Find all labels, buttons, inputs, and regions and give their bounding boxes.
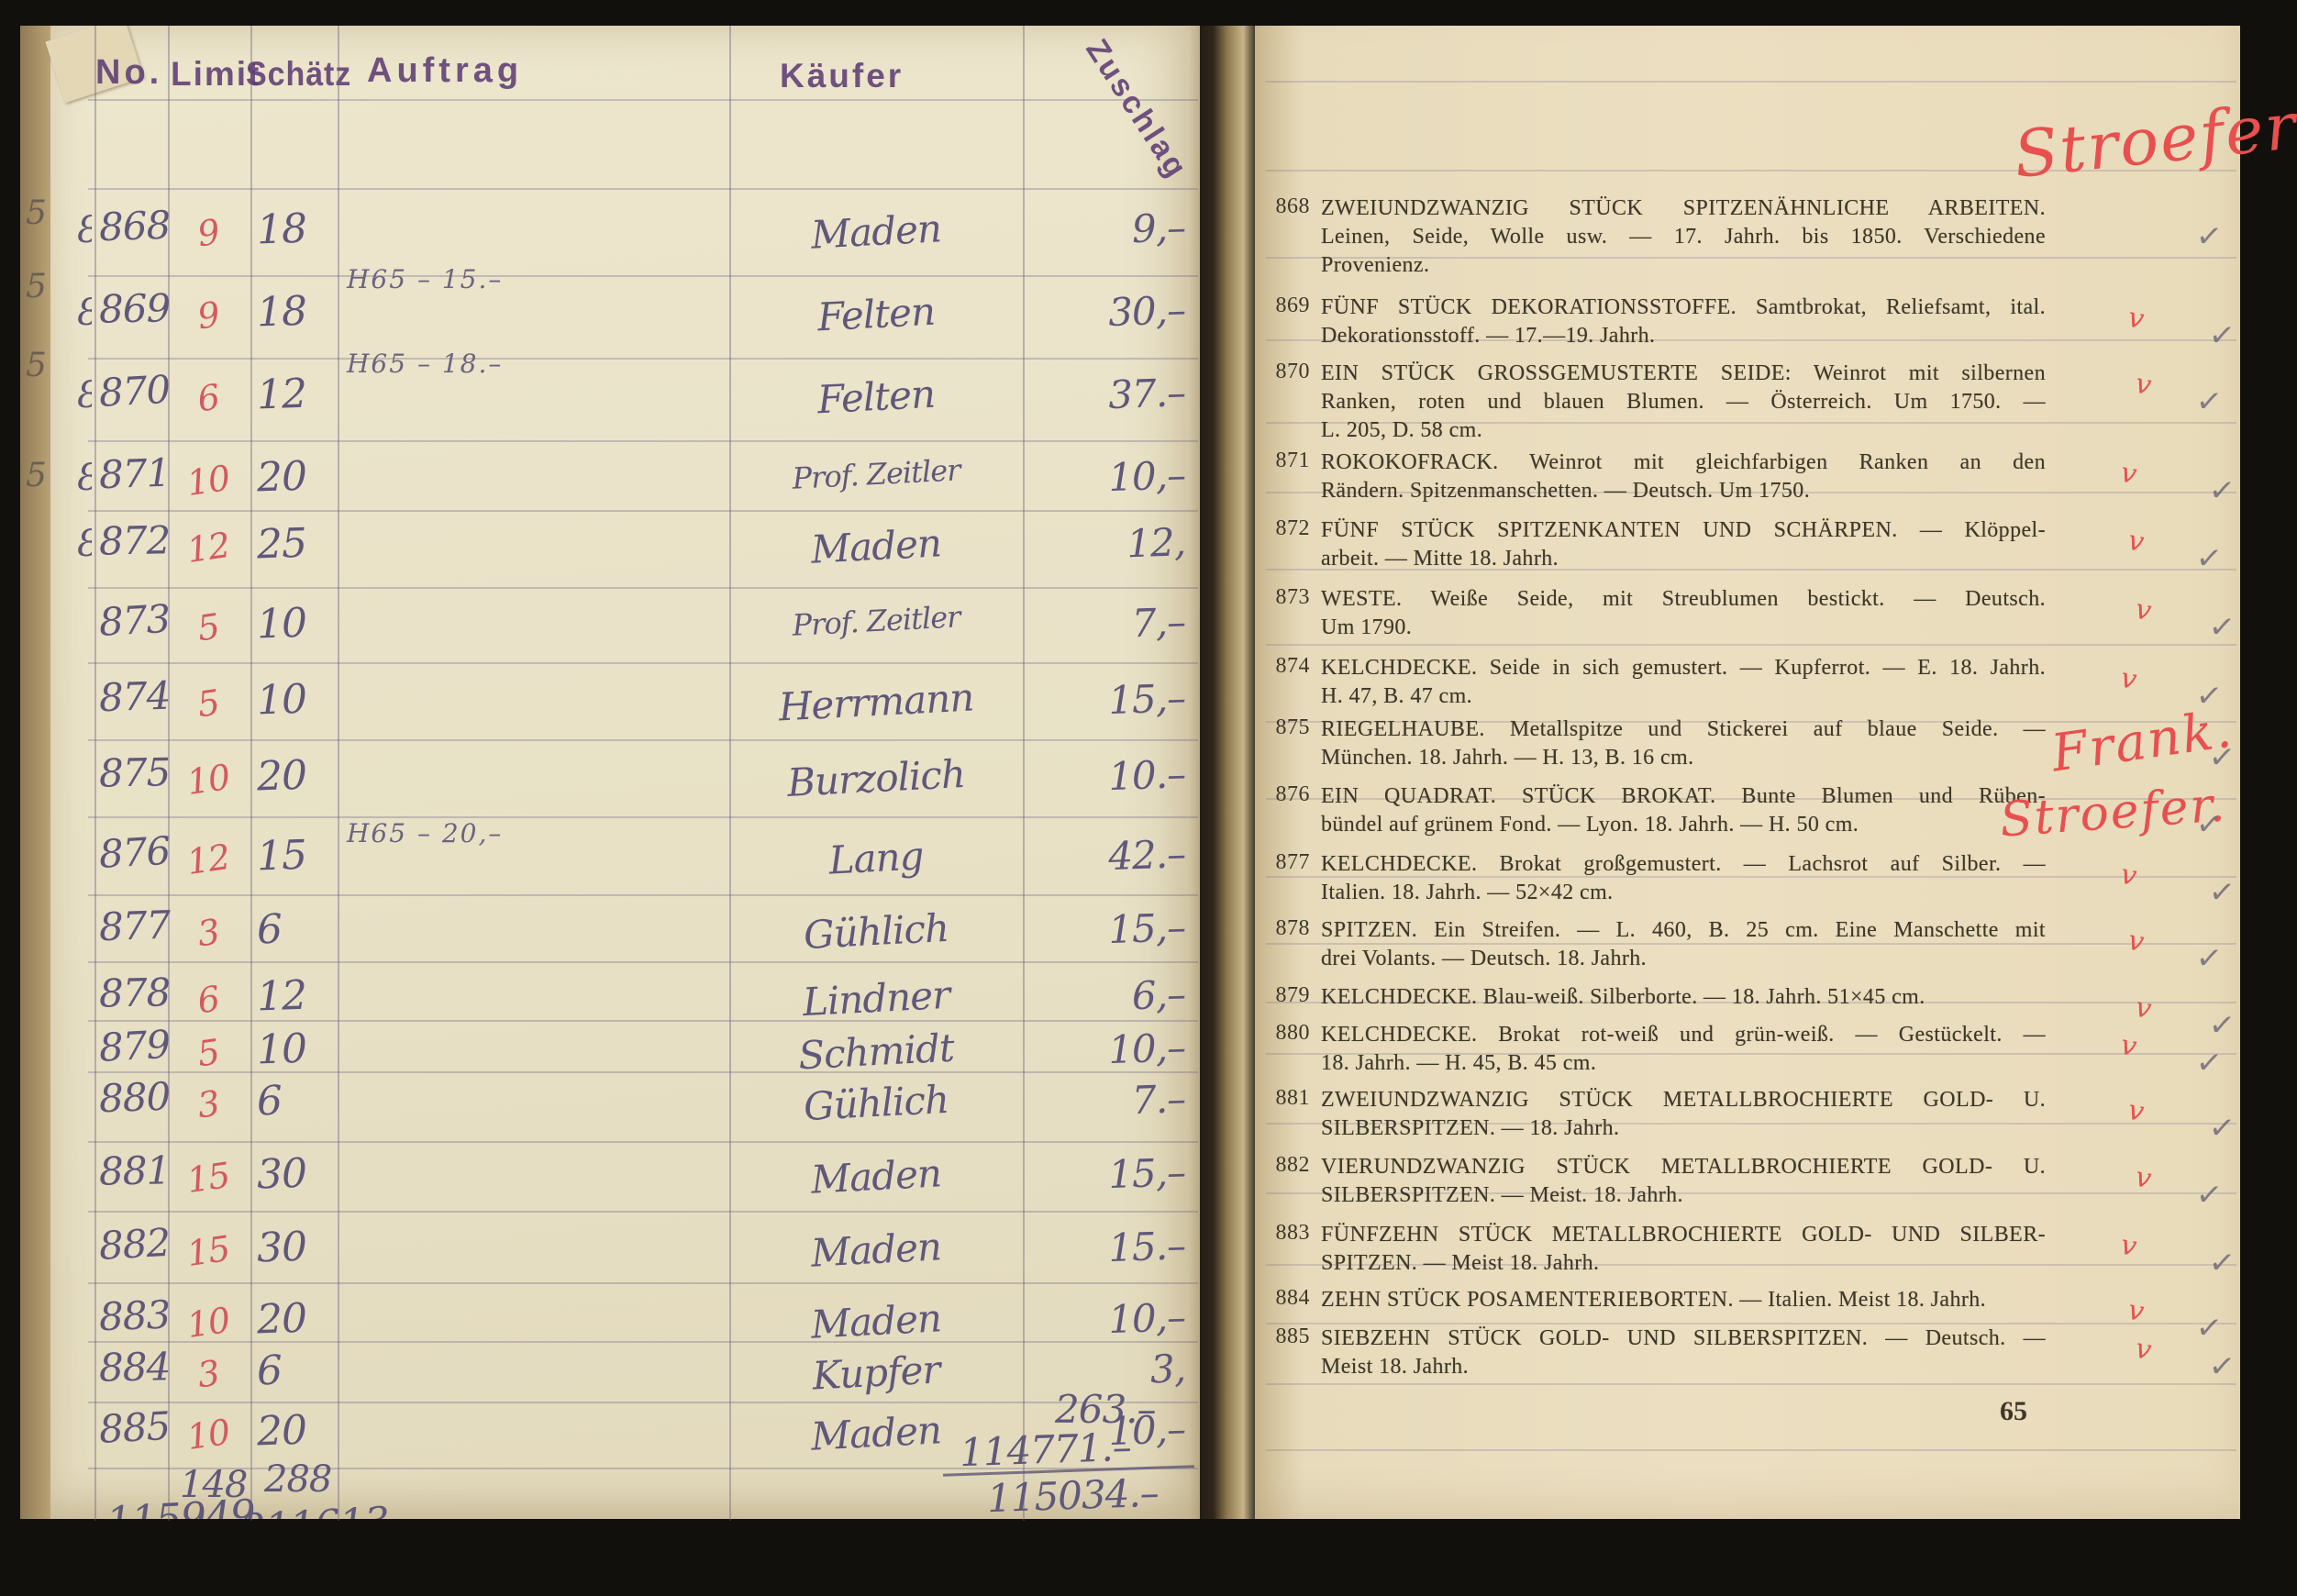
ledger-cell-auftrag: H65 – 18.– bbox=[347, 349, 503, 379]
lot-description: SIEBZEHN STÜCK GOLD- UND SILBERSPITZEN. … bbox=[1321, 1324, 2046, 1381]
ledger-cell-schaetz: 25 bbox=[256, 518, 340, 568]
lot-description-line: SPITZEN. — Meist 18. Jahrh. bbox=[1321, 1249, 2046, 1278]
ledger-cell-schaetz: 10 bbox=[256, 674, 340, 724]
margin-checkmark: ✓ bbox=[2194, 939, 2225, 979]
margin-checkmark: ✓ bbox=[2194, 539, 2225, 579]
cover-edge-right bbox=[2240, 0, 2297, 1596]
page-edge-digit: 5 bbox=[26, 194, 46, 232]
stacked-page-edges-outer bbox=[20, 26, 51, 1521]
ledger-cell-no: 884 bbox=[99, 1344, 166, 1390]
lot-description-line: Dekorationsstoff. — 17.—19. Jahrh. bbox=[1321, 322, 2046, 350]
ledger-cell-auftrag: H65 – 15.– bbox=[347, 264, 503, 294]
ledger-cell-schaetz: 6 bbox=[256, 1345, 340, 1394]
ledger-cell-zuschlag: 30,– bbox=[1036, 287, 1186, 338]
lot-description-line: SPITZEN. Ein Streifen. — L. 460, B. 25 c… bbox=[1321, 916, 2046, 945]
lot-description-line: SIEBZEHN STÜCK GOLD- UND SILBERSPITZEN. … bbox=[1321, 1324, 2046, 1353]
ledger-cell-no: 869 bbox=[99, 285, 166, 331]
ledger-rule-line bbox=[88, 816, 1198, 818]
lot-number: 873 bbox=[1262, 585, 1310, 610]
lot-number: 884 bbox=[1262, 1286, 1310, 1311]
ledger-cell-schaetz: 20 bbox=[256, 1293, 340, 1343]
clipped-lot-digit-glyph: 8 bbox=[77, 457, 92, 499]
ledger-rule-line bbox=[88, 1020, 1198, 1022]
ledger-rule-line bbox=[88, 662, 1198, 664]
ledger-rule-line bbox=[88, 1211, 1198, 1213]
ledger-rule-line bbox=[88, 440, 1198, 442]
clipped-lot-digit: 8 bbox=[77, 209, 92, 257]
ledger-rule-line bbox=[88, 510, 1198, 512]
lot-number: 875 bbox=[1262, 715, 1310, 740]
ledger-cell-auftrag: H65 – 20,– bbox=[347, 818, 503, 848]
lot-description: KELCHDECKE. Seide in sich gemustert. — K… bbox=[1321, 654, 2046, 711]
catalog-entry: 879KELCHDECKE. Blau-weiß. Silberborte. —… bbox=[1262, 983, 2038, 1012]
ledger-cell-no: 878 bbox=[99, 970, 166, 1015]
catalog-entry: 882VIERUNDZWANZIG STÜCK METALLBROCHIERTE… bbox=[1262, 1153, 2038, 1210]
ledger-cell-schaetz: 15 bbox=[256, 830, 340, 880]
ledger-cell-zuschlag: 15.– bbox=[1036, 1223, 1186, 1273]
ledger-column-line bbox=[250, 26, 252, 1521]
catalog-entry: 873WESTE. Weiße Seide, mit Streublumen b… bbox=[1262, 585, 2038, 642]
lot-number: 882 bbox=[1262, 1153, 1310, 1178]
catalog-entry: 871ROKOKOFRACK. Weinrot mit gleichfarbig… bbox=[1262, 449, 2038, 505]
lot-number: 877 bbox=[1262, 850, 1310, 875]
lot-description-line: KELCHDECKE. Seide in sich gemustert. — K… bbox=[1321, 654, 2046, 682]
header-auftrag: Auftrag bbox=[367, 51, 523, 91]
lot-number: 871 bbox=[1262, 449, 1310, 473]
lot-description-line: ZEHN STÜCK POSAMENTERIEBORTEN. — Italien… bbox=[1321, 1286, 2046, 1314]
lot-description: EIN STÜCK GROSSGEMUSTERTE SEIDE: Weinrot… bbox=[1321, 360, 2046, 445]
page-number: 65 bbox=[1926, 1396, 2027, 1427]
page-edge-digit: 5 bbox=[26, 268, 46, 305]
cover-edge-top bbox=[0, 0, 2297, 26]
clipped-lot-digit-glyph: 8 bbox=[77, 292, 92, 334]
header-schaetz: Schätz bbox=[246, 55, 351, 94]
lot-description-line: FÜNFZEHN STÜCK METALLBROCHIERTE GOLD- UN… bbox=[1321, 1221, 2046, 1249]
lot-description-line: drei Volants. — Deutsch. 18. Jahrh. bbox=[1321, 945, 2046, 973]
lot-description-line: arbeit. — Mitte 18. Jahrh. bbox=[1321, 545, 2046, 573]
lot-description-line: KELCHDECKE. Brokat rot-weiß und grün-wei… bbox=[1321, 1021, 2046, 1049]
ledger-rule-line bbox=[88, 961, 1198, 963]
lot-number: 879 bbox=[1262, 983, 1310, 1008]
ledger-cell-zuschlag: 10,– bbox=[1036, 1025, 1186, 1075]
ledger-cell-zuschlag: 6,– bbox=[1036, 971, 1186, 1022]
ledger-cell-schaetz: 18 bbox=[256, 286, 340, 336]
catalog-entry: 883FÜNFZEHN STÜCK METALLBROCHIERTE GOLD-… bbox=[1262, 1221, 2038, 1278]
lot-description-line: 18. Jahrh. — H. 45, B. 45 cm. bbox=[1321, 1049, 2046, 1078]
ledger-cell-schaetz: 20 bbox=[256, 1405, 340, 1455]
margin-checkmark: ✓ bbox=[2207, 1006, 2237, 1046]
clipped-lot-digit: 8 bbox=[77, 457, 92, 504]
catalog-entry: 884ZEHN STÜCK POSAMENTERIEBORTEN. — Ital… bbox=[1262, 1286, 2038, 1314]
margin-checkmark: ✓ bbox=[2207, 608, 2237, 648]
ledger-cell-zuschlag: 12, bbox=[1036, 519, 1186, 570]
lot-description-line: ZWEIUNDZWANZIG STÜCK METALLBROCHIERTE GO… bbox=[1321, 1086, 2046, 1114]
ledger-cell-no: 873 bbox=[98, 596, 166, 645]
lot-description: ZWEIUNDZWANZIG STÜCK SPITZENÄHNLICHE ARB… bbox=[1321, 194, 2046, 280]
margin-checkmark: ✓ bbox=[2194, 1044, 2225, 1083]
margin-checkmark: ✓ bbox=[2207, 316, 2237, 356]
ledger-cell-schaetz: 10 bbox=[256, 598, 340, 648]
ledger-cell-zuschlag: 10,– bbox=[1036, 452, 1186, 503]
lot-number: 881 bbox=[1262, 1086, 1310, 1111]
catalog-entry: 868ZWEIUNDZWANZIG STÜCK SPITZENÄHNLICHE … bbox=[1262, 194, 2038, 280]
ledger-cell-schaetz: 18 bbox=[256, 204, 340, 253]
lot-description-line: FÜNF STÜCK SPITZENKANTEN UND SCHÄRPEN. —… bbox=[1321, 516, 2046, 545]
lot-description-line: Leinen, Seide, Wolle usw. — 17. Jahrh. b… bbox=[1321, 223, 2046, 251]
ledger-cell-schaetz: 20 bbox=[256, 451, 340, 501]
lot-description-line: Ranken, roten und blauen Blumen. — Öster… bbox=[1321, 388, 2046, 416]
lot-description-line: Meist 18. Jahrh. bbox=[1321, 1353, 2046, 1381]
lot-number: 874 bbox=[1262, 654, 1310, 679]
ledger-column-line bbox=[729, 26, 731, 1521]
lot-number: 869 bbox=[1262, 294, 1310, 318]
ledger-cell-zuschlag: 9,– bbox=[1036, 205, 1186, 255]
ledger-cell-schaetz: 6 bbox=[256, 903, 340, 953]
ledger-rule-line bbox=[88, 1141, 1198, 1143]
ledger-rule-line bbox=[88, 99, 1198, 101]
ledger-column-line bbox=[1023, 26, 1025, 1521]
margin-checkmark: ✓ bbox=[2207, 1244, 2237, 1283]
ledger-rule-line bbox=[88, 1282, 1198, 1284]
clipped-lot-digit-glyph: 8 bbox=[77, 209, 92, 251]
ledger-cell-no: 881 bbox=[99, 1147, 166, 1193]
ledger-cell-schaetz: 12 bbox=[256, 970, 340, 1020]
ledger-cell-zuschlag: 15,– bbox=[1036, 675, 1186, 726]
book-scan: No. Limit Schätz Auftrag Käufer Zuschlag… bbox=[0, 0, 2297, 1596]
margin-checkmark: ✓ bbox=[2207, 873, 2237, 913]
lot-description: VIERUNDZWANZIG STÜCK METALLBROCHIERTE GO… bbox=[1321, 1153, 2046, 1210]
lot-number: 876 bbox=[1262, 782, 1310, 807]
margin-checkmark: ✓ bbox=[2207, 471, 2237, 511]
lot-number: 878 bbox=[1262, 916, 1310, 941]
ledger-cell-no: 874 bbox=[98, 673, 166, 720]
catalog-rule-line bbox=[1266, 81, 2236, 83]
ledger-rule-line bbox=[88, 1402, 1198, 1403]
lot-description: KELCHDECKE. Blau-weiß. Silberborte. — 18… bbox=[1321, 983, 2046, 1012]
ledger-rule-line bbox=[88, 358, 1198, 360]
ledger-rule-line bbox=[88, 275, 1198, 277]
lot-description-line: FÜNF STÜCK DEKORATIONSSTOFFE. Samtbrokat… bbox=[1321, 294, 2046, 322]
book-binding bbox=[1189, 26, 1259, 1521]
ledger-cell-schaetz: 10 bbox=[256, 1024, 340, 1073]
total-zuschlag-final: 115034.– bbox=[986, 1470, 1159, 1521]
ledger-cell-schaetz: 6 bbox=[256, 1075, 340, 1125]
total-schaetz-sub: 288 bbox=[264, 1458, 331, 1501]
lot-description-line: SILBERSPITZEN. — Meist. 18. Jahrh. bbox=[1321, 1181, 2046, 1210]
margin-checkmark: ✓ bbox=[2194, 382, 2225, 422]
margin-checkmark: ✓ bbox=[2194, 1309, 2225, 1348]
ledger-cell-schaetz: 30 bbox=[256, 1148, 340, 1198]
ledger-cell-zuschlag: 3, bbox=[1036, 1346, 1186, 1396]
lot-description: ZWEIUNDZWANZIG STÜCK METALLBROCHIERTE GO… bbox=[1321, 1086, 2046, 1143]
catalog-entry: 881ZWEIUNDZWANZIG STÜCK METALLBROCHIERTE… bbox=[1262, 1086, 2038, 1143]
ledger-cell-zuschlag: 42.– bbox=[1036, 831, 1186, 881]
lot-description-line: SILBERSPITZEN. — 18. Jahrh. bbox=[1321, 1114, 2046, 1143]
lot-description: EIN QUADRAT. STÜCK BROKAT. Bunte Blumen … bbox=[1321, 782, 2046, 839]
lot-description: FÜNF STÜCK DEKORATIONSSTOFFE. Samtbrokat… bbox=[1321, 294, 2046, 350]
lot-description-line: EIN STÜCK GROSSGEMUSTERTE SEIDE: Weinrot… bbox=[1321, 360, 2046, 388]
margin-checkmark: ✓ bbox=[2194, 217, 2225, 257]
ledger-cell-zuschlag: 37.– bbox=[1036, 370, 1186, 420]
lot-description: SPITZEN. Ein Streifen. — L. 460, B. 25 c… bbox=[1321, 916, 2046, 973]
clipped-lot-digit-glyph: 8 bbox=[77, 523, 92, 565]
ledger-cell-schaetz: 30 bbox=[256, 1222, 340, 1271]
ledger-cell-no: 879 bbox=[98, 1022, 166, 1070]
ledger-rule-line bbox=[88, 587, 1198, 589]
lot-description-line: München. 18. Jahrh. — H. 13, B. 16 cm. bbox=[1321, 744, 2046, 772]
ledger-cell-no: 880 bbox=[98, 1074, 166, 1121]
lot-description-line: WESTE. Weiße Seide, mit Streublumen best… bbox=[1321, 585, 2046, 614]
lot-description-line: RIEGELHAUBE. Metallspitze und Stickerei … bbox=[1321, 715, 2046, 744]
cover-edge-left bbox=[0, 0, 20, 1596]
lot-description-line: ZWEIUNDZWANZIG STÜCK SPITZENÄHNLICHE ARB… bbox=[1321, 194, 2046, 223]
lot-description-line: Provenienz. bbox=[1321, 251, 2046, 280]
ledger-cell-no: 876 bbox=[98, 828, 166, 877]
ledger-cell-no: 868 bbox=[98, 203, 166, 249]
catalog-rule-line bbox=[1266, 1383, 2236, 1385]
ledger-cell-no: 872 bbox=[99, 517, 166, 563]
ledger-cell-no: 870 bbox=[98, 367, 166, 416]
lot-description: ZEHN STÜCK POSAMENTERIEBORTEN. — Italien… bbox=[1321, 1286, 2046, 1314]
margin-checkmark: ✓ bbox=[2207, 1109, 2237, 1148]
lot-number: 885 bbox=[1262, 1324, 1310, 1349]
lot-description-line: L. 205, D. 58 cm. bbox=[1321, 416, 2046, 445]
margin-checkmark: ✓ bbox=[2194, 1176, 2225, 1215]
clipped-lot-digit-glyph: 8 bbox=[77, 374, 92, 416]
ledger-cell-zuschlag: 10,– bbox=[1036, 1406, 1186, 1457]
lot-description: KELCHDECKE. Brokat großgemustert. — Lach… bbox=[1321, 850, 2046, 907]
ledger-cell-schaetz: 20 bbox=[256, 750, 340, 800]
margin-checkmark: ✓ bbox=[2207, 1347, 2237, 1387]
lot-number: 880 bbox=[1262, 1021, 1310, 1046]
ledger-rule-line bbox=[88, 739, 1198, 741]
catalog-entry: 877KELCHDECKE. Brokat großgemustert. — L… bbox=[1262, 850, 2038, 907]
lot-description-line: H. 47, B. 47 cm. bbox=[1321, 682, 2046, 711]
margin-checkmark: ✓ bbox=[2207, 738, 2237, 778]
ledger-rule-line bbox=[88, 188, 1198, 190]
ledger-cell-no: 875 bbox=[99, 749, 166, 795]
lot-description: RIEGELHAUBE. Metallspitze und Stickerei … bbox=[1321, 715, 2046, 772]
catalog-entry: 870EIN STÜCK GROSSGEMUSTERTE SEIDE: Wein… bbox=[1262, 360, 2038, 445]
ledger-column-line bbox=[94, 26, 96, 1521]
lot-description-line: Rändern. Spitzenmanschetten. — Deutsch. … bbox=[1321, 477, 2046, 505]
catalog-entry: 875RIEGELHAUBE. Metallspitze und Sticker… bbox=[1262, 715, 2038, 772]
lot-description-line: ROKOKOFRACK. Weinrot mit gleichfarbigen … bbox=[1321, 449, 2046, 477]
ledger-cell-schaetz: 12 bbox=[256, 369, 340, 418]
lot-description-line: EIN QUADRAT. STÜCK BROKAT. Bunte Blumen … bbox=[1321, 782, 2046, 811]
lot-description-line: VIERUNDZWANZIG STÜCK METALLBROCHIERTE GO… bbox=[1321, 1153, 2046, 1181]
header-kaeufer: Käufer bbox=[780, 57, 904, 95]
ledger-cell-no: 871 bbox=[98, 450, 166, 497]
ledger-cell-zuschlag: 15,– bbox=[1036, 904, 1186, 955]
clipped-lot-digit: 8 bbox=[77, 292, 92, 339]
lot-description-line: Um 1790. bbox=[1321, 614, 2046, 642]
catalog-rule-line bbox=[1266, 1449, 2236, 1451]
ledger-cell-zuschlag: 7,– bbox=[1036, 599, 1186, 649]
lot-number: 870 bbox=[1262, 360, 1310, 384]
ledger-cell-zuschlag: 7.– bbox=[1036, 1076, 1186, 1126]
ledger-cell-no: 882 bbox=[98, 1220, 166, 1269]
ledger-cell-no: 885 bbox=[98, 1403, 166, 1452]
catalog-entry: 872FÜNF STÜCK SPITZENKANTEN UND SCHÄRPEN… bbox=[1262, 516, 2038, 573]
clipped-lot-digit: 8 bbox=[77, 374, 92, 422]
catalog-entry: 878SPITZEN. Ein Streifen. — L. 460, B. 2… bbox=[1262, 916, 2038, 973]
catalog-entry: 876EIN QUADRAT. STÜCK BROKAT. Bunte Blum… bbox=[1262, 782, 2038, 839]
page-edge-digit: 5 bbox=[26, 347, 46, 384]
lot-number: 872 bbox=[1262, 516, 1310, 541]
lot-description-line: KELCHDECKE. Brokat großgemustert. — Lach… bbox=[1321, 850, 2046, 879]
header-no: No. bbox=[95, 53, 162, 93]
ledger-rule-line bbox=[88, 1071, 1198, 1073]
ledger-rule-line bbox=[88, 1468, 1198, 1469]
lot-description-line: KELCHDECKE. Blau-weiß. Silberborte. — 18… bbox=[1321, 983, 2046, 1012]
page-edge-digit: 5 bbox=[26, 457, 46, 494]
catalog-rule-line bbox=[1266, 644, 2236, 646]
lot-description-line: bündel auf grünem Fond. — Lyon. 18. Jahr… bbox=[1321, 811, 2046, 839]
lot-number: 868 bbox=[1262, 194, 1310, 219]
lot-description-line: Italien. 18. Jahrh. — 52×42 cm. bbox=[1321, 879, 2046, 907]
catalog-entry: 880KELCHDECKE. Brokat rot-weiß und grün-… bbox=[1262, 1021, 2038, 1078]
ledger-rule-line bbox=[88, 894, 1198, 896]
lot-description: KELCHDECKE. Brokat rot-weiß und grün-wei… bbox=[1321, 1021, 2046, 1078]
cover-edge-bottom bbox=[0, 1519, 2297, 1596]
lot-description: WESTE. Weiße Seide, mit Streublumen best… bbox=[1321, 585, 2046, 642]
catalog-entry: 869FÜNF STÜCK DEKORATIONSSTOFFE. Samtbro… bbox=[1262, 294, 2038, 350]
ledger-cell-zuschlag: 15,– bbox=[1036, 1149, 1186, 1200]
catalog-entry: 874KELCHDECKE. Seide in sich gemustert. … bbox=[1262, 654, 2038, 711]
ledger-cell-no: 877 bbox=[98, 903, 166, 949]
lot-description: FÜNFZEHN STÜCK METALLBROCHIERTE GOLD- UN… bbox=[1321, 1221, 2046, 1278]
lot-description: FÜNF STÜCK SPITZENKANTEN UND SCHÄRPEN. —… bbox=[1321, 516, 2046, 573]
lot-number: 883 bbox=[1262, 1221, 1310, 1246]
ledger-cell-no: 883 bbox=[98, 1292, 166, 1339]
catalog-entry: 885SIEBZEHN STÜCK GOLD- UND SILBERSPITZE… bbox=[1262, 1324, 2038, 1381]
ledger-cell-zuschlag: 10.– bbox=[1036, 751, 1186, 802]
ledger-rule-line bbox=[88, 1341, 1198, 1343]
ledger-cell-zuschlag: 10,– bbox=[1036, 1294, 1186, 1345]
clipped-lot-digit: 8 bbox=[77, 523, 92, 571]
lot-description: ROKOKOFRACK. Weinrot mit gleichfarbigen … bbox=[1321, 449, 2046, 505]
margin-checkmark: ✓ bbox=[2194, 805, 2225, 845]
